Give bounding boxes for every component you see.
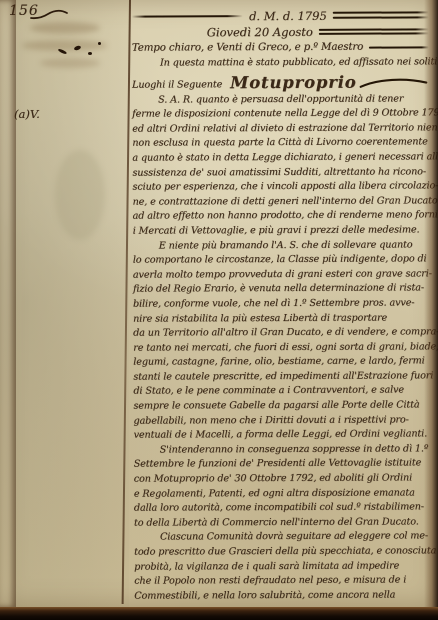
- paragraph: E niente più bramando l'A. S. che di sol…: [133, 238, 431, 444]
- manuscript-line: i Mercati di Vettovaglie, e più gravi i …: [133, 223, 430, 239]
- manuscript-line: nire sia ristabilita la più estesa Liber…: [133, 311, 430, 327]
- manuscript-line: sempre le consuete Gabelle da pagarsi al…: [133, 398, 430, 414]
- weather-note: Tempo chiaro, e Venti di Greco, e p.º Ma…: [132, 40, 363, 56]
- manuscript-line: ed altri Ordini relativi al divieto di e…: [132, 121, 429, 137]
- ink-speck: [98, 42, 101, 45]
- flourish-line: [333, 12, 429, 19]
- ink-showthrough: [40, 58, 100, 68]
- manuscript-line: non esclusa in questa parte la Città di …: [132, 136, 429, 152]
- text-block: d. M. d. 1795 Giovedì 20 Agosto Tempo ch…: [132, 1, 432, 604]
- paragraph: S'intenderanno in conseguenza soppresse …: [134, 442, 431, 531]
- manuscript-line: to della Libertà di Commercio nell'inter…: [134, 515, 431, 531]
- year-date: d. M. d. 1795: [243, 8, 333, 22]
- manuscript-line: da un Territorio all'altro il Gran Ducat…: [133, 325, 430, 341]
- left-margin: [16, 0, 129, 607]
- folio-flourish: [30, 6, 70, 22]
- edict-title: Motuproprio: [230, 72, 357, 93]
- manuscript-line: S'intenderanno in conseguenza soppresse …: [134, 442, 431, 458]
- flourish-line: [132, 15, 243, 17]
- manuscript-line: sussistenza de' suoi amatissimi Sudditi,…: [132, 165, 429, 181]
- page-right-edge: [424, 0, 438, 607]
- intro-line: In questa mattina è stato pubblicato, ed…: [132, 55, 429, 71]
- manuscript-line: bilire, conforme vuole, che nel dì 1.º S…: [133, 296, 430, 312]
- title-flourish: [359, 74, 430, 92]
- manuscript-line: averla molto tempo provveduta di grani e…: [133, 267, 430, 283]
- flourish-line: [319, 28, 429, 35]
- day-date: Giovedì 20 Agosto: [201, 25, 319, 40]
- manuscript-line: ventuali de i Macelli, a forma delle Leg…: [134, 428, 431, 444]
- ink-speck: [88, 52, 92, 55]
- manuscript-line: Ciascuna Comunità dovrà seguitare ad ele…: [134, 530, 431, 546]
- manuscript-line: E niente più bramando l'A. S. che di sol…: [133, 238, 430, 254]
- paragraph: S. A. R. quanto è persuasa dell'opportun…: [132, 92, 430, 239]
- manuscript-line: che il Popolo non resti defraudato nel p…: [134, 574, 431, 590]
- manuscript-line: ad altro effetto non hanno prodotto, che…: [133, 209, 430, 225]
- manuscript-line: con Motuproprio de' 30 Ottobre 1792, ed …: [134, 471, 431, 487]
- intro-line: Luoghi il Seguente: [132, 78, 222, 93]
- manuscript-line: ne, e contrattazione di detti generi nel…: [133, 194, 430, 210]
- paragraph: Ciascuna Comunità dovrà seguitare ad ele…: [134, 530, 431, 604]
- manuscript-line: legumi, castagne, farine, olio, bestiame…: [133, 355, 430, 371]
- manuscript-line: di Stato, e le pene comminate a i Contra…: [133, 384, 430, 400]
- book-binding-edge: [0, 0, 16, 607]
- manuscript-line: sciuto per esperienza, che i vincoli app…: [132, 180, 429, 196]
- flourish-line: [369, 46, 429, 48]
- manuscript-line: dalla loro autorità, come incompatibili …: [134, 501, 431, 517]
- manuscript-photo: 156 (a)V. d. M. d. 1795 Giovedì 20 Agost…: [0, 0, 438, 620]
- manuscript-line: gabellabili, non meno che i Diritti dovu…: [133, 413, 430, 429]
- manuscript-line: todo prescritto due Grascieri della più …: [134, 544, 431, 560]
- book-bottom-edge: [0, 607, 438, 620]
- manuscript-line: a quanto è stato in detta Legge dichiara…: [132, 150, 429, 166]
- manuscript-line: Settembre le funzioni de' Presidenti all…: [134, 457, 431, 473]
- ink-showthrough: [55, 150, 105, 240]
- margin-annotation: (a)V.: [14, 107, 40, 121]
- header-year-row: d. M. d. 1795: [132, 6, 429, 24]
- manuscript-line: probità, la vigilanza de i quali sarà li…: [134, 559, 431, 575]
- ink-showthrough: [30, 22, 100, 34]
- header-day-row: Giovedì 20 Agosto: [132, 23, 429, 40]
- manuscript-line: S. A. R. quanto è persuasa dell'opportun…: [132, 92, 429, 108]
- weather-row: Tempo chiaro, e Venti di Greco, e p.º Ma…: [132, 39, 429, 56]
- paragraphs: S. A. R. quanto è persuasa dell'opportun…: [132, 92, 431, 604]
- manuscript-line: re tanto nei mercati, che fuori di essi,…: [133, 340, 430, 356]
- manuscript-line: ferme le disposizioni contenute nella Le…: [132, 107, 429, 123]
- manuscript-line: lo comportano le circostanze, la Classe …: [133, 252, 430, 268]
- manuscript-line: e Regolamenti, Patenti, ed ogni altra di…: [134, 486, 431, 502]
- ink-showthrough: [22, 40, 107, 51]
- edict-title-row: Luoghi il Seguente Motuproprio: [132, 70, 429, 93]
- manuscript-line: fizio del Regio Erario, è venuta nella d…: [133, 282, 430, 298]
- manuscript-page: 156 (a)V. d. M. d. 1795 Giovedì 20 Agost…: [0, 0, 438, 607]
- manuscript-line: Commestibili, e nella loro salubrità, co…: [134, 588, 431, 604]
- manuscript-line: stanti le cautele prescritte, ed impedim…: [133, 369, 430, 385]
